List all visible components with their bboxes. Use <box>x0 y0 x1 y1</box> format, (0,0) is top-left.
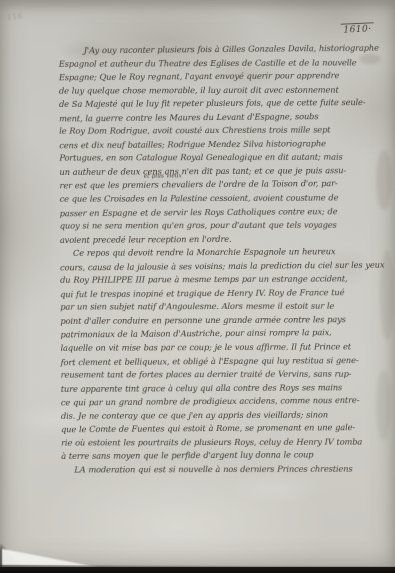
manuscript-line: Espagne; Que le Roy regnant, l'ayant env… <box>59 69 371 85</box>
manuscript-line: ce que les Croisades en la Palestine ces… <box>60 191 372 206</box>
pencil-corner-mark: 116 <box>7 12 24 22</box>
photo-backdrop <box>0 567 395 573</box>
manuscript-paragraph: LA moderation qui est si nouvelle à nos … <box>61 462 373 477</box>
manuscript-line: J'Ay ouy raconter plusieurs fois à Gille… <box>59 42 371 58</box>
manuscript-line: Portugues, en son Catalogue Royal Geneal… <box>59 151 371 166</box>
manuscript-line: LA moderation qui est si nouvelle à nos … <box>61 462 373 477</box>
manuscript-text: J'Ay ouy raconter plusieurs fois à Gille… <box>59 42 374 477</box>
manuscript-paragraph: J'Ay ouy raconter plusieurs fois à Gille… <box>59 42 372 247</box>
manuscript-line: laquelle on vit mise bas par ce coup; je… <box>61 340 373 355</box>
manuscript-line: de luy quelque chose memorable, il luy a… <box>59 83 371 98</box>
manuscript-paragraph: Ce repos qui devoit rendre la Monarchie … <box>60 245 373 464</box>
manuscript-line: rie où estoient les pourtraits de plusie… <box>61 435 373 450</box>
folio-number: 1610· <box>341 22 374 35</box>
manuscript-line: reusement tant de fortes places au derni… <box>61 368 373 383</box>
interlinear-insertion: et plus vieux <box>144 173 182 179</box>
manuscript-line: à terre sans moyen que le perfide d'arge… <box>61 448 373 463</box>
photographed-manuscript-page: 116 1610· J'Ay ouy raconter plusieurs fo… <box>0 0 395 573</box>
